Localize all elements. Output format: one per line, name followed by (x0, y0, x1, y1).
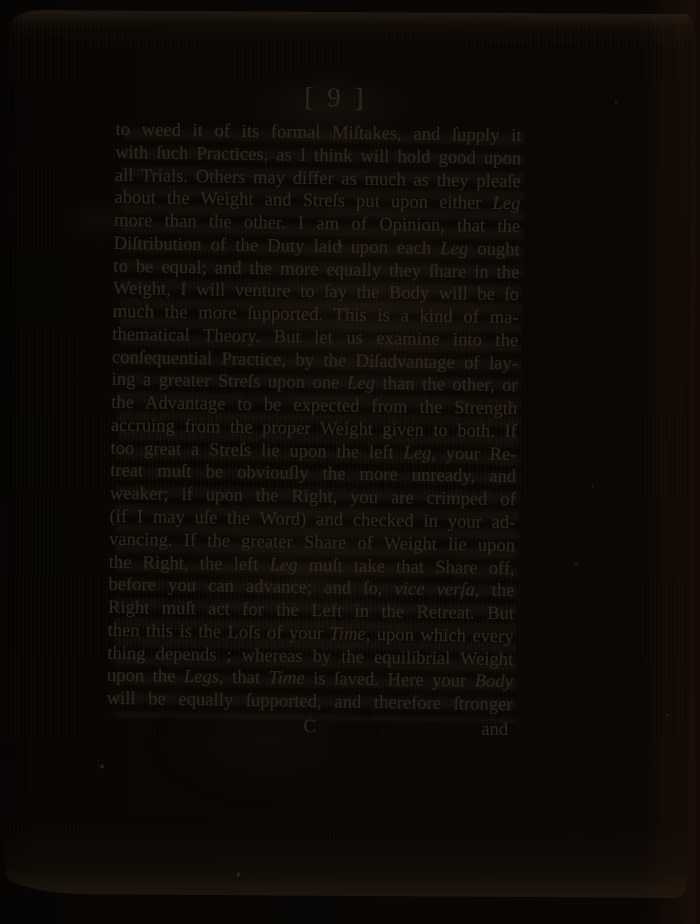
italic-text: Body (475, 671, 514, 693)
roman-text: the Right, the left (109, 551, 270, 575)
italic-text: vice verſa (394, 579, 475, 601)
italic-text: Legs (184, 666, 219, 688)
italic-text: Leg (269, 554, 297, 575)
italic-text: Leg (492, 193, 520, 214)
italic-text: Time (268, 668, 304, 690)
italic-text: Leg (403, 442, 431, 463)
printed-content: [ 9 ] to weed it of its formal Miſtakes,… (0, 0, 700, 918)
roman-text: ought (468, 238, 520, 260)
italic-text: Time (329, 623, 365, 645)
book-scan: [ 9 ] to weed it of its formal Miſtakes,… (0, 0, 700, 918)
roman-text: than the other, or (375, 373, 518, 396)
roman-text: , your Re- (431, 443, 516, 465)
roman-text: muſt take that Share off, (297, 554, 514, 578)
signature-row: C and (106, 713, 510, 743)
signature-mark: C (303, 716, 316, 739)
roman-text: , the (475, 580, 515, 602)
roman-text: upon the (107, 665, 184, 687)
page-number: [ 9 ] (116, 79, 536, 116)
italic-text: Leg (347, 373, 375, 394)
roman-text: ing a greater Streſs upon one (111, 369, 347, 394)
roman-text: then this is the Loſs of your (107, 620, 329, 644)
text-block: to weed it of its formal Miſtakes, and ſ… (106, 119, 521, 717)
italic-text: Leg (440, 238, 468, 259)
roman-text: before you can advance; and ſo, (108, 574, 394, 599)
roman-text: , upon which every (365, 624, 513, 647)
roman-text: is ſaved. Here your (305, 668, 475, 692)
catchword: and (481, 719, 508, 742)
roman-text: too great a Streſs lie upon the left (110, 438, 403, 464)
roman-text: , that (219, 667, 269, 689)
roman-text: Diſtribution of the Duty laid upon each (114, 233, 441, 259)
